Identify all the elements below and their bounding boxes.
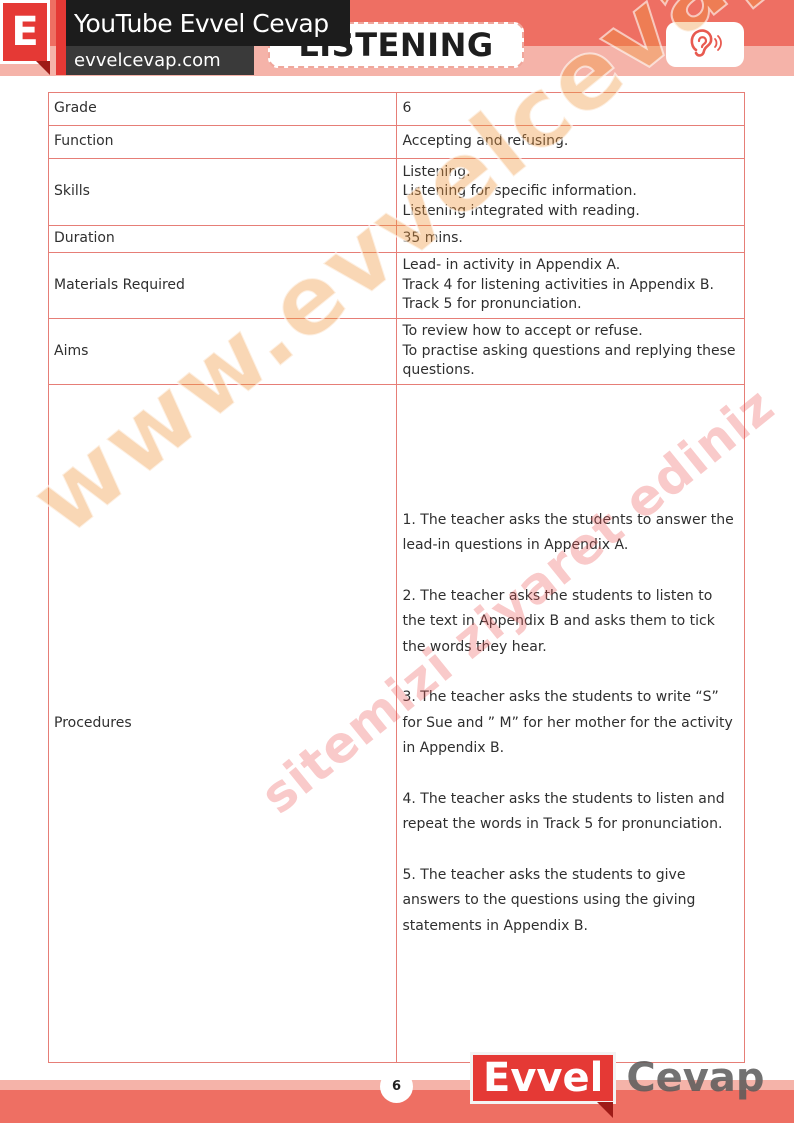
table-row-procedures: Procedures 1. The teacher asks the stude…: [49, 385, 745, 1063]
ear-listening-icon: [686, 26, 724, 64]
table-row: Materials Required Lead- in activity in …: [49, 253, 745, 319]
row-value: Accepting and refusing.: [397, 126, 745, 159]
procedure-steps: 1. The teacher asks the students to answ…: [397, 385, 745, 1063]
evvel-cevap-logo: E: [0, 0, 50, 64]
lesson-plan-table: Grade 6 Function Accepting and refusing.…: [48, 92, 745, 1063]
row-value: To review how to accept or refuse. To pr…: [397, 319, 745, 385]
row-label: Aims: [49, 319, 397, 385]
listening-icon-box: [666, 22, 744, 67]
row-label: Materials Required: [49, 253, 397, 319]
evvel-cevap-brand: Evvel Cevap: [470, 1052, 765, 1104]
row-value: Listening. Listening for specific inform…: [397, 159, 745, 226]
table-row: Skills Listening. Listening for specific…: [49, 159, 745, 226]
row-label: Procedures: [49, 385, 397, 1063]
procedure-step: 2. The teacher asks the students to list…: [402, 584, 739, 661]
table-row: Aims To review how to accept or refuse. …: [49, 319, 745, 385]
row-label: Function: [49, 126, 397, 159]
row-value: 6: [397, 93, 745, 126]
row-label: Grade: [49, 93, 397, 126]
table-row: Function Accepting and refusing.: [49, 126, 745, 159]
brand-evvel: Evvel: [470, 1052, 616, 1104]
watermark-youtube-text: YouTube Evvel Cevap: [74, 9, 329, 38]
watermark-youtube-bar: YouTube Evvel Cevap: [66, 0, 350, 46]
page-number: 6: [380, 1070, 413, 1103]
procedure-step: 1. The teacher asks the students to answ…: [402, 508, 739, 559]
brand-cevap: Cevap: [616, 1052, 764, 1104]
watermark-divider: [56, 0, 66, 75]
watermark-site-text: evvelcevap.com: [74, 50, 221, 71]
procedure-step: 3. The teacher asks the students to writ…: [402, 685, 739, 762]
row-value: 35 mins.: [397, 226, 745, 253]
table-row: Grade 6: [49, 93, 745, 126]
procedure-step: 4. The teacher asks the students to list…: [402, 787, 739, 838]
watermark-site-bar: evvelcevap.com: [66, 46, 254, 75]
procedure-step: 5. The teacher asks the students to give…: [402, 863, 739, 940]
table-row: Duration 35 mins.: [49, 226, 745, 253]
row-value: Lead- in activity in Appendix A. Track 4…: [397, 253, 745, 319]
row-label: Duration: [49, 226, 397, 253]
row-label: Skills: [49, 159, 397, 226]
